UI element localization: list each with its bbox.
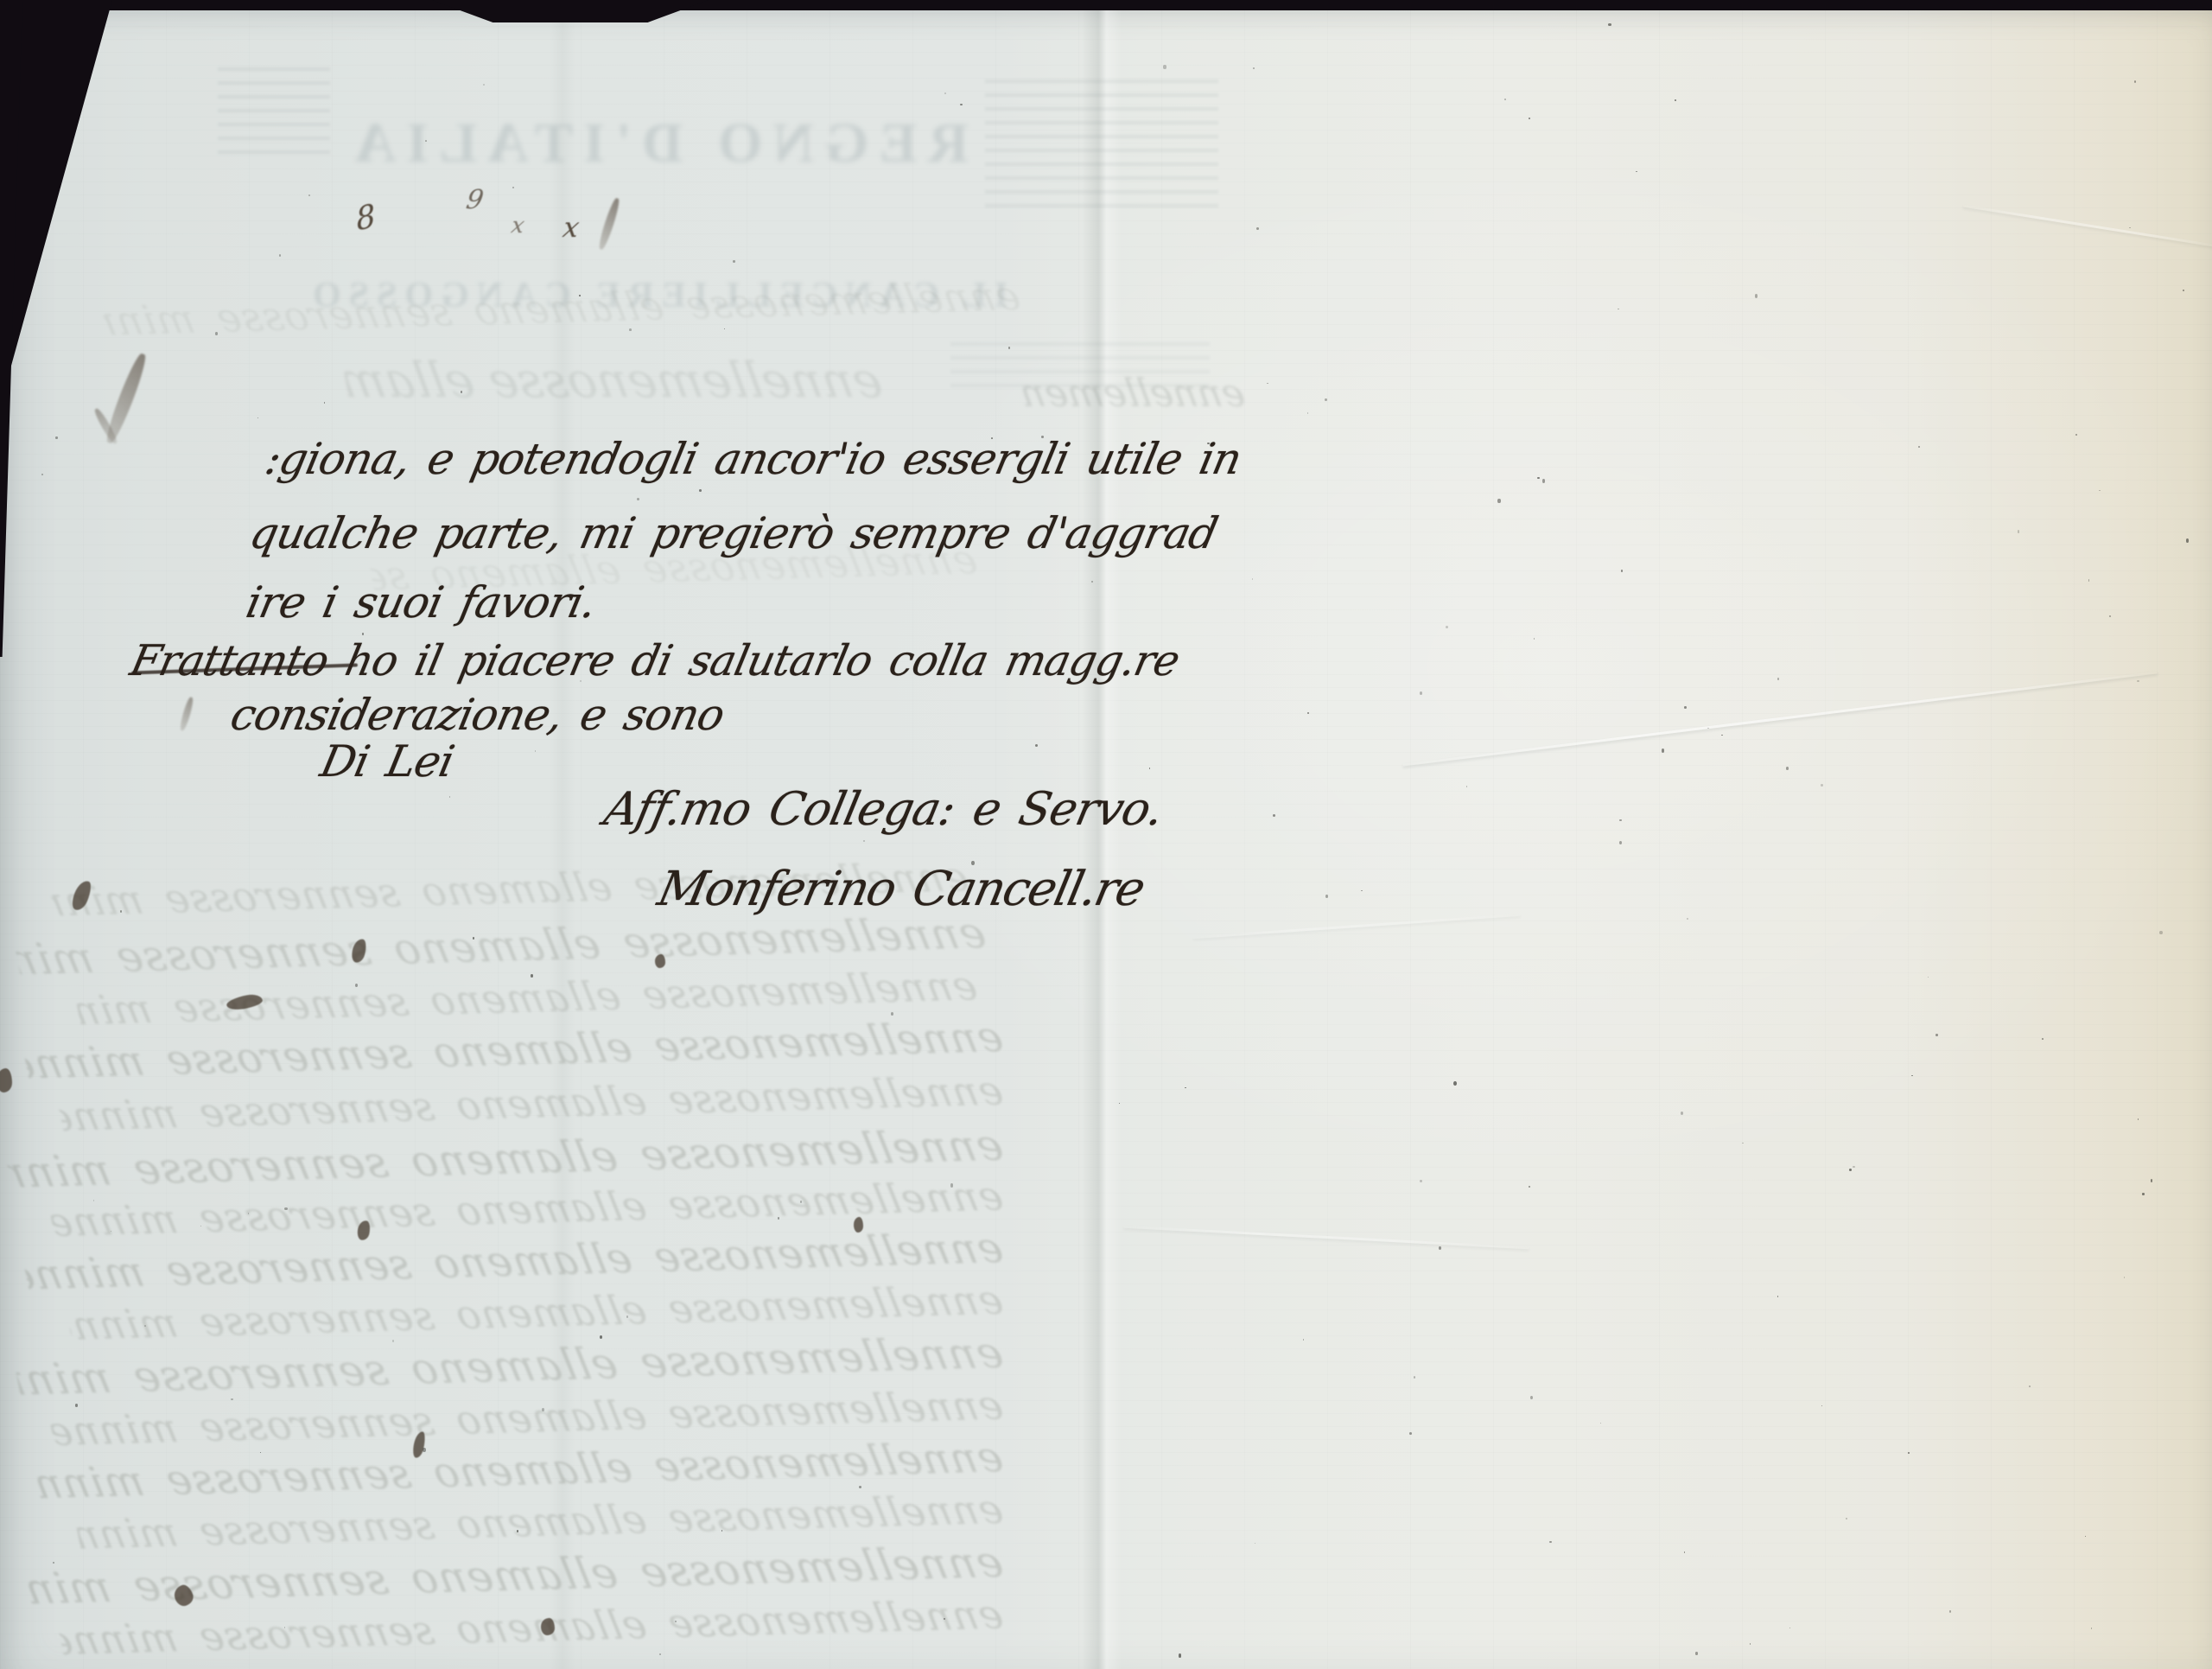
paper-speck xyxy=(1846,1518,1847,1519)
paper-speck xyxy=(1303,1339,1304,1341)
paper-speck xyxy=(724,328,725,329)
paper-speck xyxy=(1149,768,1150,769)
paper-speck xyxy=(517,1530,518,1532)
paper-speck xyxy=(1466,786,1468,787)
paper-speck xyxy=(1777,1296,1779,1297)
paper-speck xyxy=(55,436,57,440)
pre-line-flourish xyxy=(179,697,195,732)
bleedthrough-script-line: ennellemenosse ellameno sennerosse minne… xyxy=(340,353,886,409)
letter-line-5: considerazione, e sono xyxy=(226,690,728,740)
paper-speck xyxy=(1504,99,1506,100)
paper-speck xyxy=(324,402,325,404)
paper-speck xyxy=(2138,1118,2139,1120)
paper-speck xyxy=(1935,1034,1937,1036)
paper-speck xyxy=(2075,434,2077,436)
paper-speck xyxy=(1681,1112,1683,1115)
paper-speck xyxy=(1267,383,1268,384)
paper-speck xyxy=(1619,841,1622,844)
paper-speck xyxy=(1786,767,1789,769)
paper-speck xyxy=(1497,499,1500,503)
paper-speck xyxy=(637,498,639,500)
top-ink-mark-3: x xyxy=(509,213,526,239)
scan-edge-top-dip xyxy=(432,0,709,22)
paper-speck xyxy=(257,417,258,418)
paper-speck xyxy=(1255,1543,1255,1544)
paper-speck xyxy=(2109,615,2111,617)
paper-speck xyxy=(2186,538,2189,542)
paper-speck xyxy=(1529,1186,1530,1188)
paper-speck xyxy=(1453,1081,1456,1086)
paper-speck xyxy=(231,1398,232,1400)
paper-speck xyxy=(2129,227,2131,229)
bleedthrough-letterhead-block xyxy=(218,67,330,154)
paper-speck xyxy=(1789,1628,1791,1628)
paper-speck xyxy=(1853,1166,1855,1168)
paper-speck xyxy=(392,1340,394,1342)
paper-speck xyxy=(1307,412,1309,414)
paper-speck xyxy=(950,1183,953,1188)
paper-speck xyxy=(1252,578,1253,579)
paper-speck xyxy=(1179,1653,1181,1657)
paper-speck xyxy=(1091,581,1092,583)
paper-speck xyxy=(1949,1610,1951,1613)
paper-speck xyxy=(1325,895,1328,899)
paper-speck xyxy=(41,474,43,475)
letter-line-1: :giona, e potendogli ancor'io essergli u… xyxy=(261,434,1246,484)
paper-speck xyxy=(629,328,632,331)
paper-speck xyxy=(1621,570,1623,571)
paper-speck xyxy=(699,489,702,492)
paper-speck xyxy=(891,1012,893,1016)
paper-speck xyxy=(1608,23,1611,26)
paper-speck xyxy=(1530,1396,1533,1399)
paper-speck xyxy=(2159,931,2163,934)
paper-speck xyxy=(1707,728,1708,729)
paper-speck xyxy=(1600,1423,1601,1424)
paper-speck xyxy=(2183,290,2184,291)
paper-speck xyxy=(2142,1193,2145,1194)
ink-soak-blob xyxy=(541,1618,555,1635)
paper-speck xyxy=(535,750,536,752)
paper-crease xyxy=(1963,205,2212,248)
paper-speck xyxy=(1755,294,1758,298)
paper-speck xyxy=(248,1213,249,1214)
paper-speck xyxy=(362,633,364,634)
paper-speck xyxy=(1636,171,1637,173)
paper-speck xyxy=(2029,1386,2031,1387)
paper-speck xyxy=(483,84,485,86)
ink-soak-blob xyxy=(0,1068,12,1092)
paper-speck xyxy=(1684,1551,1685,1552)
paper-speck xyxy=(1777,678,1780,679)
paper-speck xyxy=(960,104,963,105)
paper-speck xyxy=(1534,638,1535,640)
paper-speck xyxy=(1185,1087,1185,1088)
paper-speck xyxy=(1687,918,1688,920)
paper-speck xyxy=(1821,784,1823,787)
top-ink-stroke xyxy=(597,197,622,251)
signature-line: Monferino Cancell.re xyxy=(653,861,1148,916)
top-ink-mark-2: 9 xyxy=(464,185,486,215)
paper-speck xyxy=(531,974,533,977)
letter-line-6: Di Lei xyxy=(316,736,458,787)
paper-speck xyxy=(542,1408,544,1411)
paper-crease xyxy=(1123,1226,1529,1250)
paper-speck xyxy=(75,1404,78,1406)
paper-speck xyxy=(1253,67,1255,69)
paper-speck xyxy=(2088,579,2090,581)
paper-speck xyxy=(1529,118,1530,119)
paper-speck xyxy=(1537,477,1540,480)
paper-speck xyxy=(1325,398,1327,401)
paper-speck xyxy=(859,1486,861,1488)
valediction-line: Aff.mo Collega: e Servo. xyxy=(600,783,1167,836)
paper-speck xyxy=(512,187,514,188)
paper-speck xyxy=(1928,977,1929,978)
paper-speck xyxy=(1695,1652,1699,1655)
paper-speck xyxy=(1446,626,1448,628)
paper-speck xyxy=(1918,446,1920,448)
paper-speck xyxy=(260,1452,261,1453)
paper-speck xyxy=(2099,490,2101,492)
paper-speck xyxy=(1273,814,1275,817)
paper-speck xyxy=(1721,735,1723,736)
paper-speck xyxy=(1041,436,1044,438)
paper-speck xyxy=(1908,1452,1910,1454)
paper-speck xyxy=(863,840,865,842)
paper-speck xyxy=(2042,1038,2043,1040)
paper-crease xyxy=(1402,671,2158,766)
paper-speck xyxy=(2151,1179,2152,1182)
paper-speck xyxy=(1420,691,1422,695)
paper-speck xyxy=(1542,479,1545,482)
paper-speck xyxy=(1549,1541,1551,1543)
paper-speck xyxy=(1163,65,1166,68)
paper-speck xyxy=(2085,1536,2086,1537)
paper-speck xyxy=(1619,819,1621,822)
paper-speck xyxy=(2134,80,2136,83)
letter-line-4: Frattanto ho il piacere di salutarlo col… xyxy=(126,636,1184,685)
paper-speck xyxy=(449,796,450,798)
paper-speck xyxy=(279,254,281,257)
paper-speck xyxy=(308,194,311,196)
paper-speck xyxy=(626,1315,628,1318)
paper-speck xyxy=(1439,1246,1441,1250)
paper-speck xyxy=(944,92,946,95)
paper-speck xyxy=(53,1562,54,1564)
bleedthrough-printed-header: REGNO D'ITALIA xyxy=(233,111,1080,176)
scanned-letter-page: { "document": { "kind": "scanned manuscr… xyxy=(0,0,2212,1669)
paper-speck xyxy=(1361,890,1362,891)
paper-speck xyxy=(1849,1169,1852,1171)
paper-speck xyxy=(2091,1628,2092,1629)
paper-speck xyxy=(733,260,735,263)
paper-crease xyxy=(1192,914,1520,940)
ink-soak-blob xyxy=(655,954,665,968)
paper-speck xyxy=(284,1207,287,1210)
paper-speck xyxy=(1256,227,1259,230)
paper-speck xyxy=(2137,680,2139,683)
paper-speck xyxy=(1409,1432,1412,1436)
paper-speck xyxy=(1911,1075,1912,1077)
paper-speck xyxy=(1821,1405,1822,1406)
paper-speck xyxy=(1207,443,1209,444)
paper-speck xyxy=(1414,1376,1415,1379)
paper-speck xyxy=(2124,1277,2125,1278)
letter-line-3: ire i suoi favori. xyxy=(242,577,601,627)
bleedthrough-script-line: ennellemenosse ellameno sennerosse minne… xyxy=(1016,372,1249,416)
bleedthrough-letterhead-block xyxy=(985,80,1218,209)
scan-edge-top xyxy=(0,0,2212,10)
paper-speck xyxy=(1675,99,1676,101)
paper-speck xyxy=(800,1201,802,1203)
paper-speck xyxy=(659,1653,660,1655)
paper-speck xyxy=(1742,1143,1744,1144)
paper-sheet: REGNO D'ITALIA IL CANCELLIERE CANGOSSO e… xyxy=(0,0,2212,1669)
paper-speck xyxy=(1035,744,1038,747)
paper-speck xyxy=(1662,749,1664,752)
paper-speck xyxy=(2018,530,2020,533)
paper-speck xyxy=(1618,309,1618,309)
paper-speck xyxy=(675,1621,677,1622)
ink-soak-blob xyxy=(854,1217,863,1233)
paper-speck xyxy=(1307,712,1309,714)
paper-speck xyxy=(285,709,287,711)
paper-speck xyxy=(1420,1180,1422,1182)
paper-speck xyxy=(215,332,219,335)
paper-speck xyxy=(971,861,975,865)
paper-speck xyxy=(1684,706,1687,709)
paper-speck xyxy=(1750,1643,1751,1645)
top-ink-mark-1: 8 xyxy=(354,198,378,239)
paper-speck xyxy=(423,1448,425,1452)
letter-line-2: qualche parte, mi pregierò sempre d'aggr… xyxy=(245,508,1222,558)
